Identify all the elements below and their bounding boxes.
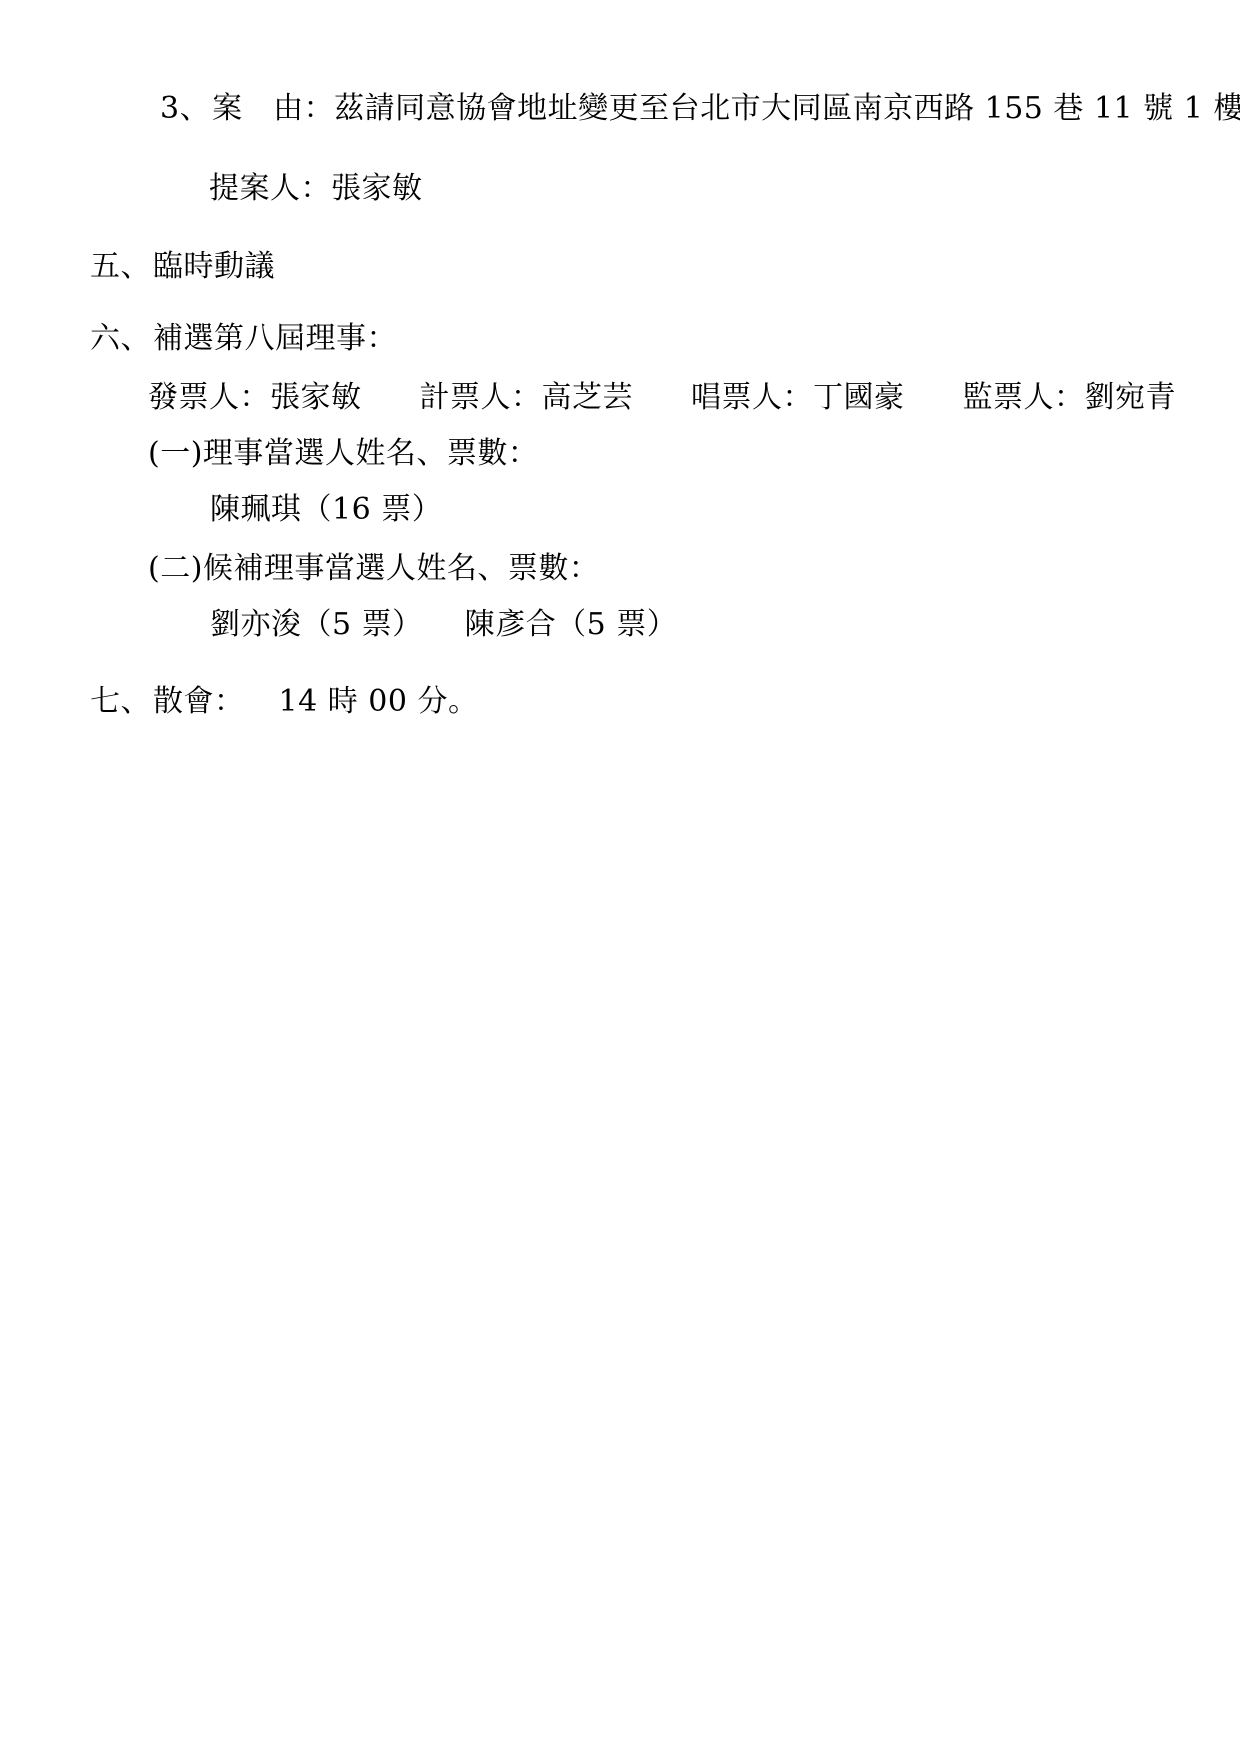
section-5-number: 五、 — [90, 250, 151, 285]
alternate-directors-results: 劉亦浚（5 票）陳彥合（5 票） — [210, 608, 677, 643]
candidate-name: 陳珮琪 — [210, 493, 302, 528]
candidate-votes: （5 票） — [556, 608, 677, 643]
proposal-3-case-label: 案 由： — [212, 92, 334, 127]
election-officials-line: 發票人：張家敏計票人：高芝芸唱票人：丁國豪監票人：劉宛青 — [148, 381, 1176, 416]
proposal-3-number: 3、 — [160, 92, 210, 127]
alternate-directors-label: (二)候補理事當選人姓名、票數： — [148, 552, 599, 587]
section-6-heading: 六、補選第八屆理事： — [90, 322, 397, 357]
section-7-adjournment: 七、散會：14 時 00 分。 — [90, 685, 478, 720]
official-name: 丁國豪 — [813, 381, 905, 416]
elected-directors-label: (一)理事當選人姓名、票數： — [148, 437, 538, 472]
section-7-title: 散會： — [153, 685, 245, 720]
official-role: 發票人： — [148, 381, 270, 416]
candidate-name: 劉亦浚 — [210, 608, 302, 643]
section-6-number: 六、 — [90, 322, 151, 357]
official-name: 高芝芸 — [542, 381, 634, 416]
section-5-heading: 五、臨時動議 — [90, 250, 275, 285]
candidate-name: 陳彥合 — [465, 608, 557, 643]
official-role: 唱票人： — [691, 381, 813, 416]
candidate-votes: （16 票） — [302, 493, 443, 528]
official-vote-supervisor: 監票人：劉宛青 — [963, 381, 1177, 416]
alternate-directors-label-text: (二)候補理事當選人姓名、票數： — [148, 552, 599, 587]
elected-directors-label-text: (一)理事當選人姓名、票數： — [148, 437, 538, 472]
alternate-result: 劉亦浚（5 票） — [210, 608, 423, 643]
section-7-number: 七、 — [90, 685, 151, 720]
official-name: 張家敏 — [270, 381, 362, 416]
official-vote-counter: 計票人：高芝芸 — [420, 381, 634, 416]
candidate-votes: （5 票） — [302, 608, 423, 643]
proposer-label: 提案人： — [209, 172, 331, 207]
official-ballot-distributor: 發票人：張家敏 — [148, 381, 362, 416]
elected-directors-results: 陳珮琪（16 票） — [210, 493, 442, 528]
meeting-minutes-page: 3、案 由：茲請同意協會地址變更至台北市大同區南京西路 155 巷 11 號 1… — [0, 0, 1240, 1754]
adjournment-time: 14 時 00 分。 — [279, 685, 479, 720]
official-role: 計票人： — [420, 381, 542, 416]
proposer-name: 張家敏 — [331, 172, 423, 207]
alternate-result: 陳彥合（5 票） — [465, 608, 678, 643]
official-vote-caller: 唱票人：丁國豪 — [691, 381, 905, 416]
proposal-3-case-line: 3、案 由：茲請同意協會地址變更至台北市大同區南京西路 155 巷 11 號 1… — [160, 92, 1240, 127]
section-5-title: 臨時動議 — [153, 250, 275, 285]
proposal-3-case-text: 茲請同意協會地址變更至台北市大同區南京西路 155 巷 11 號 1 樓 — [334, 92, 1240, 127]
proposal-3-proposer-line: 提案人：張家敏 — [209, 172, 423, 207]
section-6-title: 補選第八屆理事： — [153, 322, 397, 357]
elected-result: 陳珮琪（16 票） — [210, 493, 442, 528]
official-role: 監票人： — [963, 381, 1085, 416]
official-name: 劉宛青 — [1085, 381, 1177, 416]
